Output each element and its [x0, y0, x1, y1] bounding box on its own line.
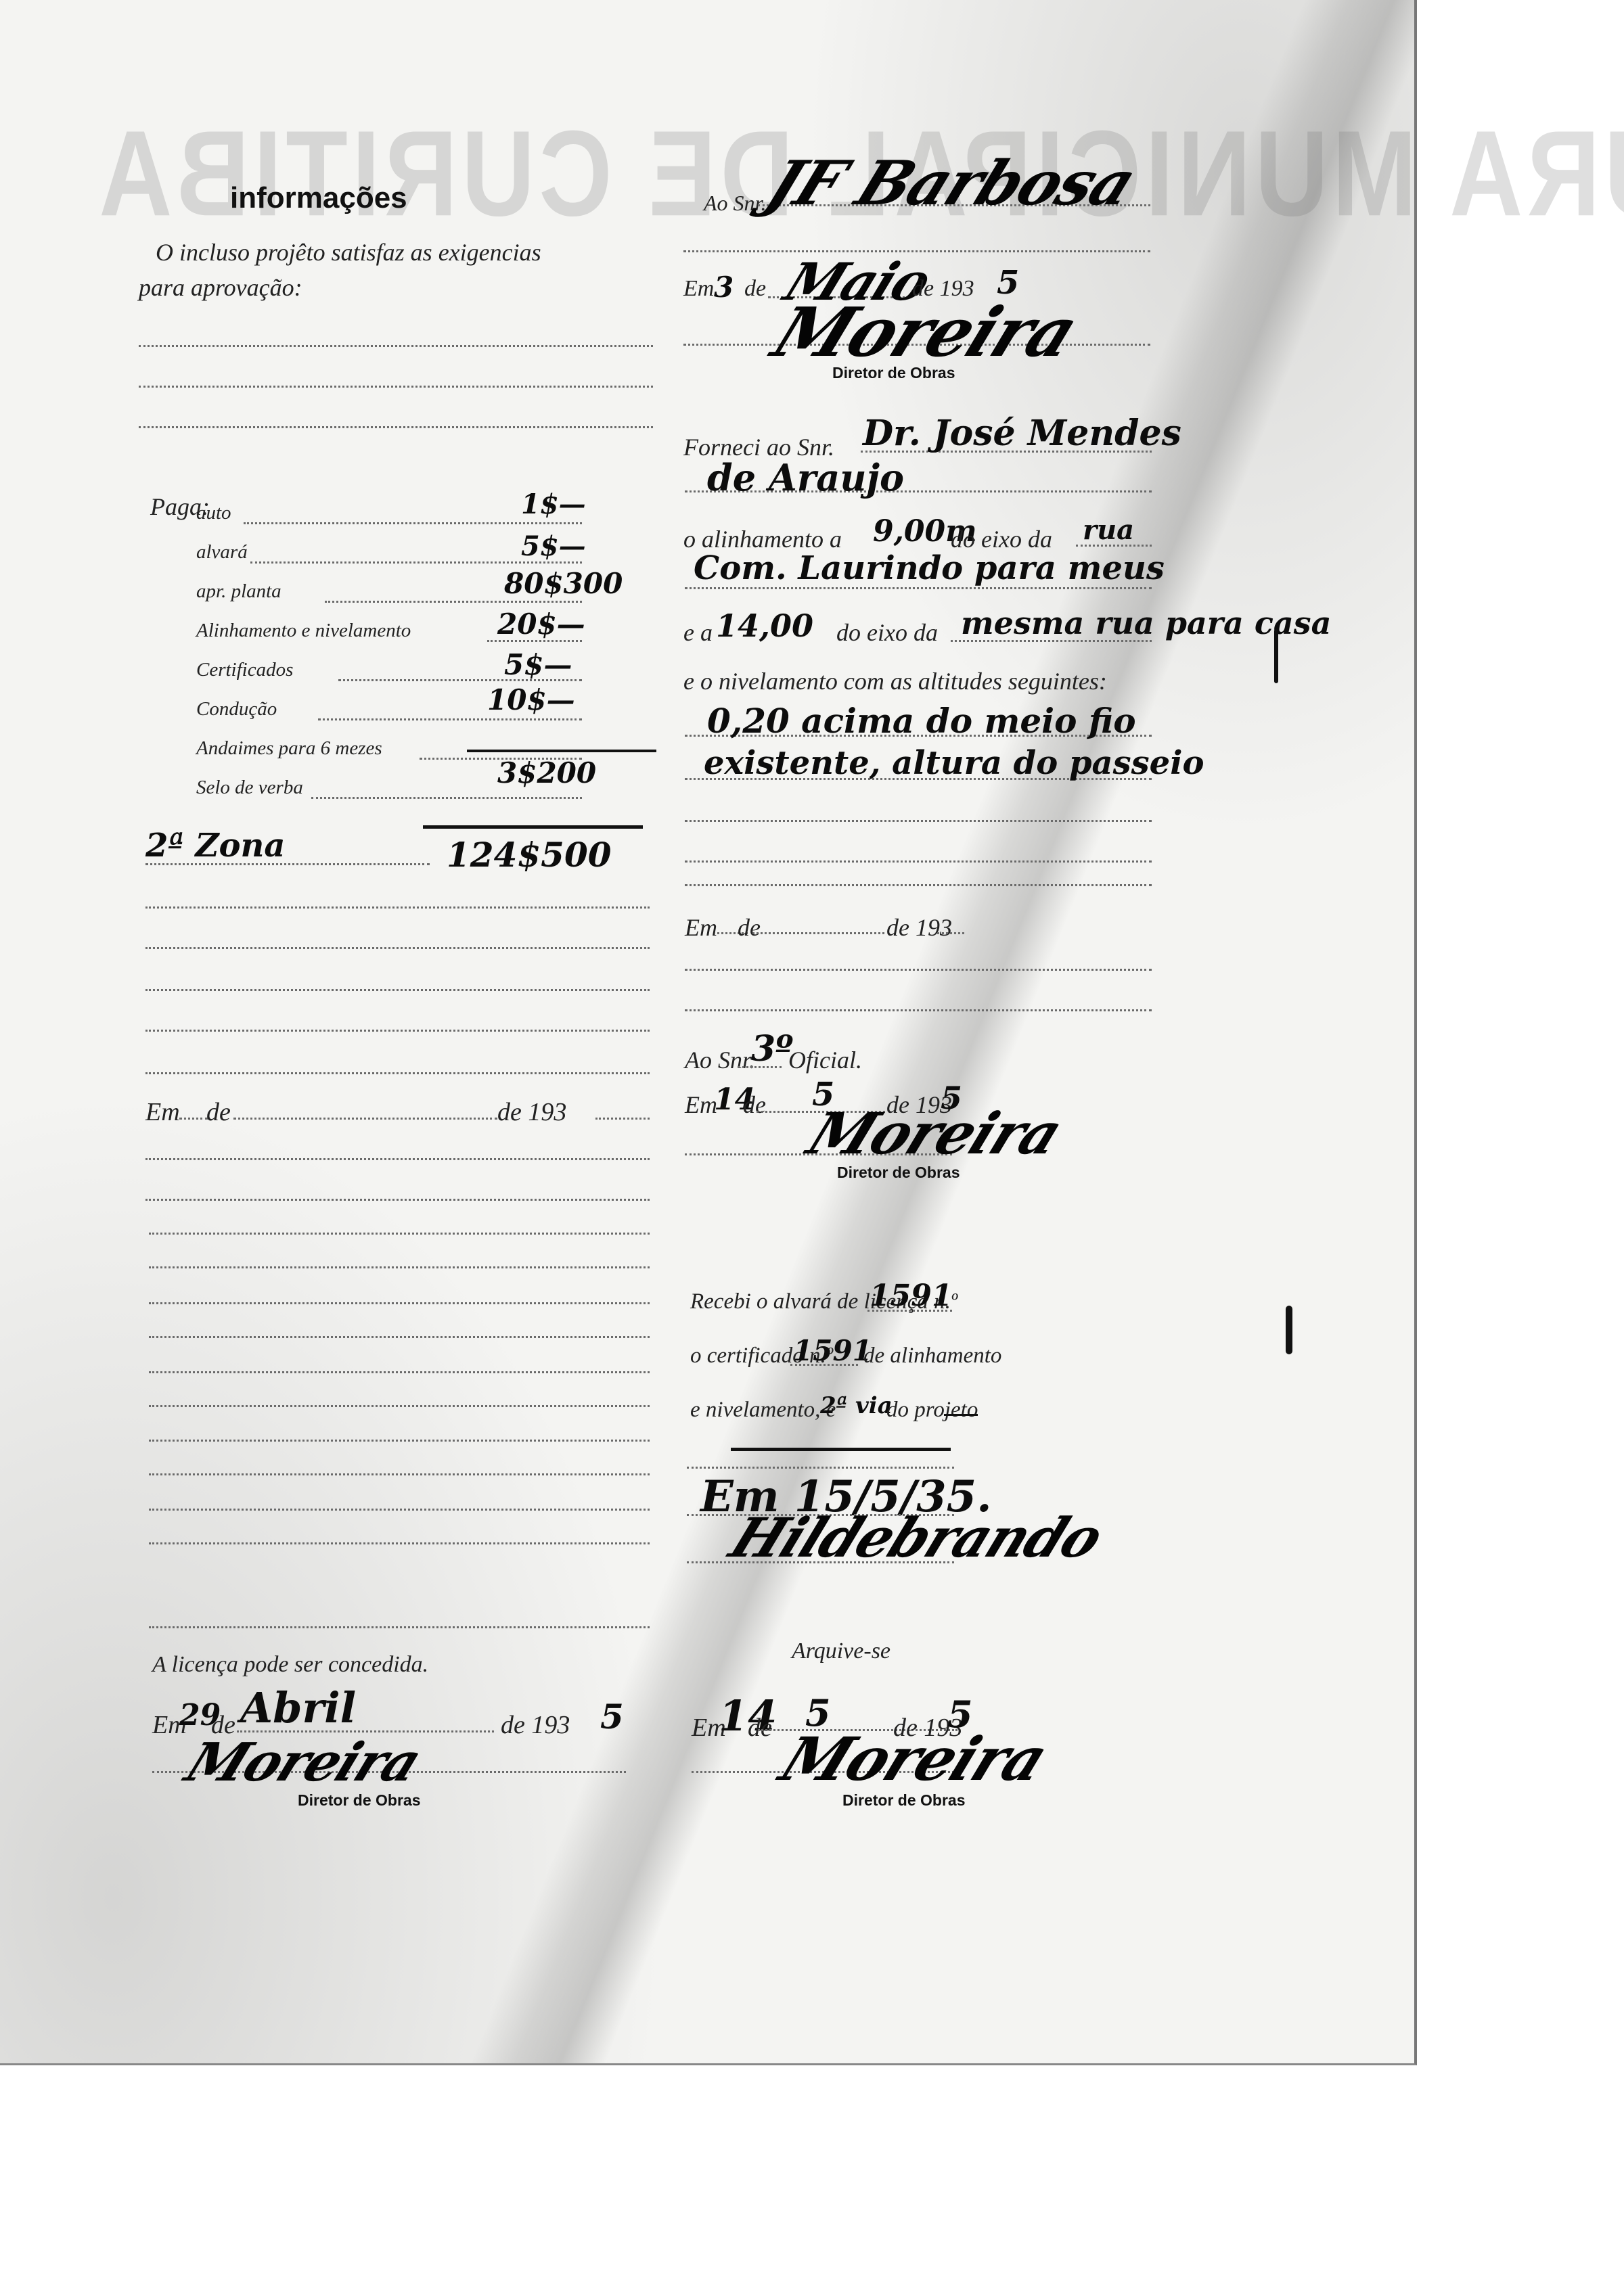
- receipt-line3-prefix: e nivelamento, e: [690, 1398, 836, 1423]
- approval-role: Diretor de Obras: [298, 1791, 421, 1810]
- fee-value-certificados: 5$—: [504, 648, 572, 681]
- dotted-line: [685, 860, 1152, 863]
- fees-total-note: 2ª Zona: [145, 827, 286, 865]
- signature-1: Moreira: [762, 292, 1089, 372]
- fee-label-selo: Selo de verba: [196, 777, 303, 799]
- dotted-line: [149, 1542, 650, 1544]
- dotted-line: [149, 1233, 650, 1235]
- date-de-label: de: [748, 1713, 772, 1743]
- dotted-line: [685, 884, 1152, 886]
- ao-snr-2-suffix: Oficial.: [788, 1046, 862, 1074]
- nivelamento-label: e o nivelamento com as altitudes seguint…: [683, 667, 1107, 695]
- dotted-line: [139, 426, 653, 428]
- receipt-cert-number: 1591: [793, 1334, 872, 1367]
- date1-day: 3: [714, 271, 734, 304]
- fee-value-conducao: 10$—: [487, 683, 575, 716]
- dotted-line: [145, 1072, 650, 1074]
- fee-label-alvara: alvará: [196, 541, 248, 564]
- dotted-line: [149, 1440, 650, 1442]
- date-de-label: de: [743, 1090, 766, 1119]
- to-label: Ao Snr.: [704, 191, 766, 216]
- fee-label-conducao: Condução: [196, 698, 277, 720]
- year-blank: [595, 1118, 650, 1120]
- dotted-line: [311, 797, 582, 799]
- dotted-line: [149, 1266, 650, 1268]
- ao-snr-2-label: Ao Snr.: [685, 1046, 755, 1074]
- forneci-value-line2: de Araujo: [707, 456, 904, 499]
- dotted-line: [685, 587, 1152, 589]
- date-em-label: Em: [685, 1090, 717, 1119]
- date-em-label: Em: [145, 1097, 180, 1127]
- dotted-line: [139, 386, 653, 388]
- section-heading-informacoes: informações: [230, 181, 407, 215]
- dotted-line: [145, 863, 430, 865]
- e-a-distance: 14,00: [716, 607, 813, 644]
- fee-label-auto: auto: [196, 502, 231, 524]
- dotted-line: [145, 1158, 650, 1160]
- month-blank: [752, 932, 884, 934]
- dotted-line: [145, 947, 650, 949]
- dotted-line: [149, 1405, 650, 1407]
- approval-text: A licença pode ser concedida.: [152, 1652, 428, 1678]
- dotted-line: [149, 1371, 650, 1373]
- margin-ink-mark: [1286, 1306, 1292, 1354]
- month-blank: [233, 1118, 497, 1120]
- date-em-label: Em: [685, 913, 717, 942]
- receipt-cert-suffix: de alinhamento: [863, 1344, 1001, 1369]
- day-blank: [179, 1118, 208, 1120]
- receipt-line3-dash: [944, 1414, 978, 1416]
- fee-label-certificados: Certificados: [196, 659, 293, 681]
- fee-value-apr-planta: 80$300: [504, 567, 623, 600]
- do-eixo-label-2: do eixo da: [836, 618, 938, 647]
- scanned-form-page: PREFEITURA MUNICIPAL DE CURITIBA informa…: [0, 0, 1417, 2065]
- receipt-signature: Hildebrando: [721, 1506, 1112, 1569]
- dotted-line: [145, 989, 650, 991]
- dotted-line: [687, 1561, 954, 1563]
- nivelamento-line1: 0,20 acima do meio fio: [707, 701, 1136, 741]
- fee-value-selo: 3$200: [497, 756, 596, 789]
- archive-label: Arquive-se: [792, 1638, 890, 1664]
- approval-month: Abril: [240, 1683, 356, 1732]
- receipt-via: 2ª via: [820, 1392, 893, 1419]
- dotted-line: [149, 1302, 650, 1304]
- dotted-line: [685, 969, 1152, 971]
- e-a-label: e a: [683, 618, 713, 647]
- date-em-label: Em: [683, 276, 714, 302]
- role-1: Diretor de Obras: [832, 364, 955, 382]
- alinhamento-street-a: rua: [1083, 514, 1134, 546]
- year-blank: [937, 932, 964, 934]
- fee-label-apr-planta: apr. planta: [196, 580, 281, 603]
- dotted-line: [149, 1336, 650, 1338]
- dotted-line: [1076, 545, 1152, 547]
- ao-snr-2-value: 3º: [751, 1028, 793, 1070]
- dotted-line: [145, 1199, 650, 1201]
- intro-line-2: para aprovação:: [139, 273, 302, 302]
- alinhamento-street-b: Com. Laurindo para meus: [694, 549, 1165, 587]
- date-de-label: de: [738, 913, 761, 942]
- date-year-label: de 193: [501, 1710, 570, 1740]
- signature-3: Moreira: [771, 1724, 1057, 1794]
- date-de-label: de: [206, 1097, 231, 1127]
- nivelamento-line2: existente, altura do passeio: [704, 744, 1204, 782]
- approval-year-digit: 5: [600, 1697, 624, 1737]
- signature-2: Moreira: [798, 1100, 1071, 1167]
- dotted-line: [149, 1626, 650, 1628]
- receipt-alvara-number: 1591: [870, 1279, 952, 1313]
- approval-signature: Moreira: [177, 1732, 430, 1793]
- dotted-line: [149, 1473, 650, 1475]
- dotted-line: [244, 522, 582, 524]
- dotted-line: [685, 820, 1152, 822]
- fee-value-andaimes-dash: [467, 750, 656, 752]
- dotted-line: [325, 601, 582, 603]
- intro-line-1: O incluso projêto satisfaz as exigencias: [156, 238, 541, 267]
- date-year-label: de 193: [497, 1097, 566, 1127]
- dotted-line: [145, 1030, 650, 1032]
- forneci-value-line1: Dr. José Mendes: [863, 413, 1181, 454]
- receipt-rule: [731, 1448, 951, 1451]
- role-3: Diretor de Obras: [842, 1791, 966, 1810]
- fee-label-alinhamento: Alinhamento e nivelamento: [196, 620, 411, 642]
- fee-value-auto: 1$—: [521, 488, 586, 520]
- fees-total: 124$500: [447, 835, 612, 875]
- dotted-line: [149, 1509, 650, 1511]
- fee-value-alvara: 5$—: [521, 530, 586, 562]
- fee-label-andaimes: Andaimes para 6 mezes: [196, 737, 382, 760]
- role-2: Diretor de Obras: [837, 1164, 960, 1182]
- fee-value-alinhamento: 20$—: [497, 607, 585, 641]
- date-year-label: de 193: [886, 913, 952, 942]
- dotted-line: [145, 906, 650, 909]
- dotted-line: [318, 718, 582, 720]
- fees-sum-rule: [423, 825, 643, 829]
- dotted-line: [687, 1467, 954, 1469]
- receipt-line3-suffix: do projeto: [886, 1398, 978, 1423]
- to-value: JF Barbosa: [757, 147, 1146, 219]
- margin-ink-mark: [1274, 629, 1278, 683]
- date-de-label: de: [744, 276, 766, 302]
- dotted-line: [685, 1009, 1152, 1011]
- dotted-line: [139, 345, 653, 347]
